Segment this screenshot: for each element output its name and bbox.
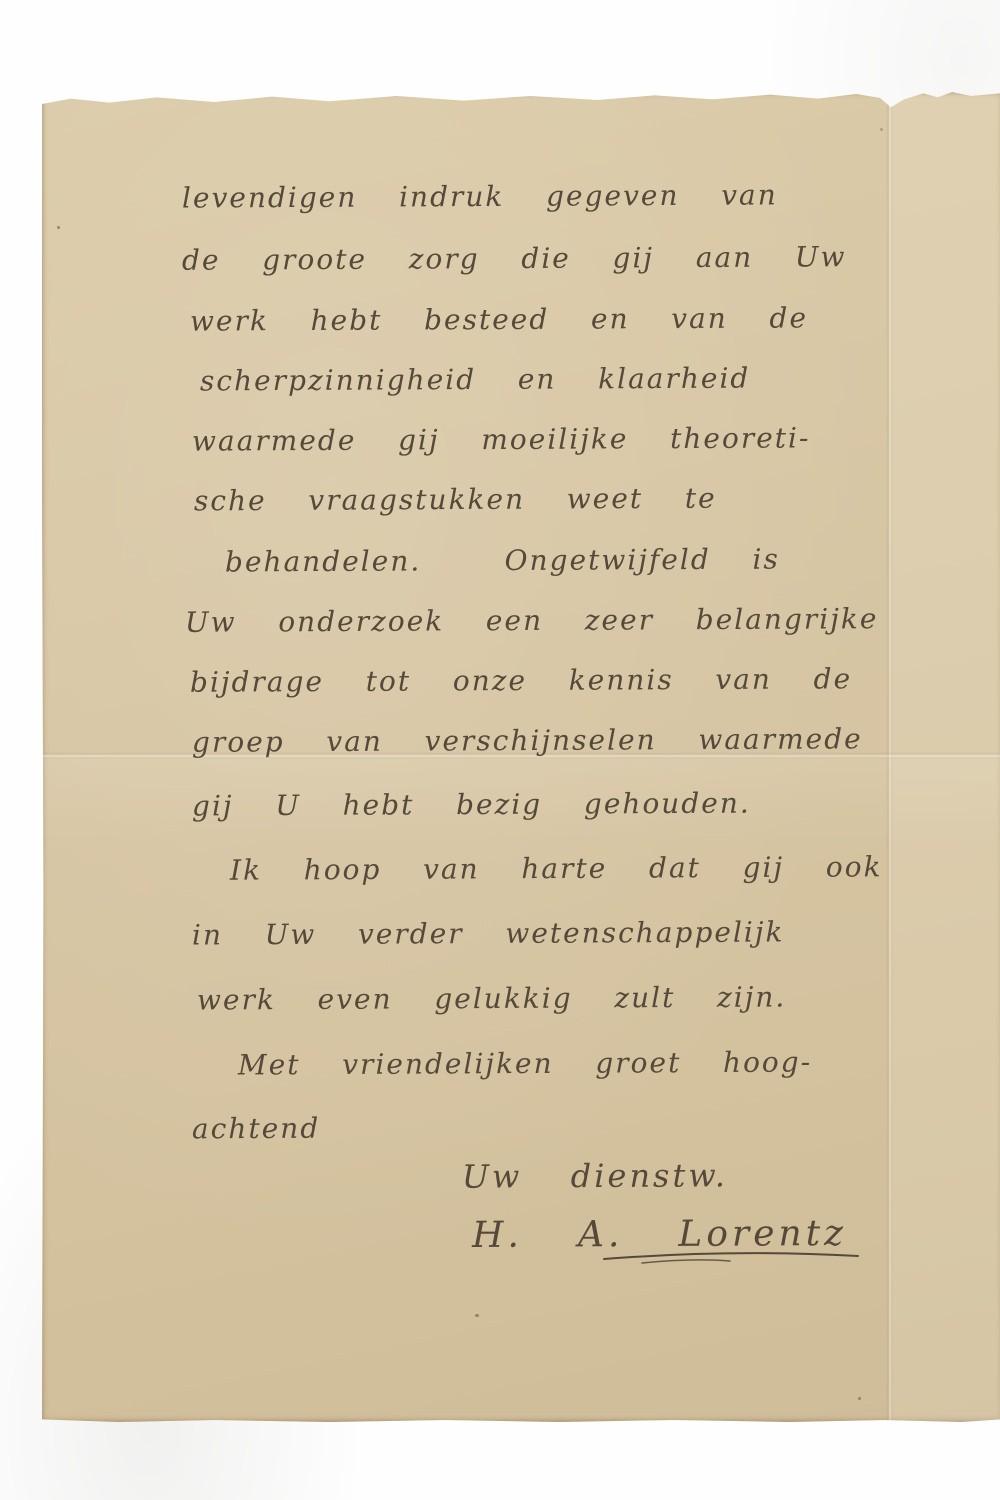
photo-background: levendigen indruk gegeven van de groote …: [0, 0, 1000, 1500]
letter-closing-line: achtend: [192, 1112, 320, 1146]
paper-speckle: [475, 1314, 479, 1317]
letter-valediction: Uw dienstw.: [462, 1156, 728, 1195]
letter-line: bijdrage tot onze kennis van de: [190, 662, 852, 698]
letter-line: scherpzinnigheid en klaarheid: [200, 362, 750, 398]
letter-line: sche vraagstukken weet te: [194, 482, 717, 518]
letter-line: Ik hoop van harte dat gij ook: [230, 850, 883, 886]
paper-speckle: [57, 226, 60, 229]
letter-paper: levendigen indruk gegeven van de groote …: [42, 92, 1000, 1422]
letter-line: in Uw verder wetenschappelijk: [192, 915, 785, 951]
letter-line: werk even gelukkig zult zijn.: [197, 980, 786, 1016]
letter-line: Uw onderzoek een zeer belangrijke: [185, 602, 879, 639]
paper-speckle: [858, 1397, 861, 1400]
letter-line: groep van verschijnselen waarmede: [192, 722, 863, 759]
signature-underline: [602, 1247, 862, 1265]
letter-closing-line: Met vriendelijken groet hoog-: [238, 1045, 812, 1081]
letter-line: levendigen indruk gegeven van: [182, 178, 778, 214]
letter-line: werk hebt besteed en van de: [190, 301, 808, 337]
letter-line: waarmede gij moeilijke theoreti-: [192, 421, 811, 457]
letter-line: behandelen. Ongetwijfeld is: [225, 543, 780, 579]
paper-speckle: [880, 128, 883, 131]
letter-line: gij U hebt bezig gehouden.: [192, 787, 751, 823]
letter-line: de groote zorg die gij aan Uw: [182, 240, 847, 276]
